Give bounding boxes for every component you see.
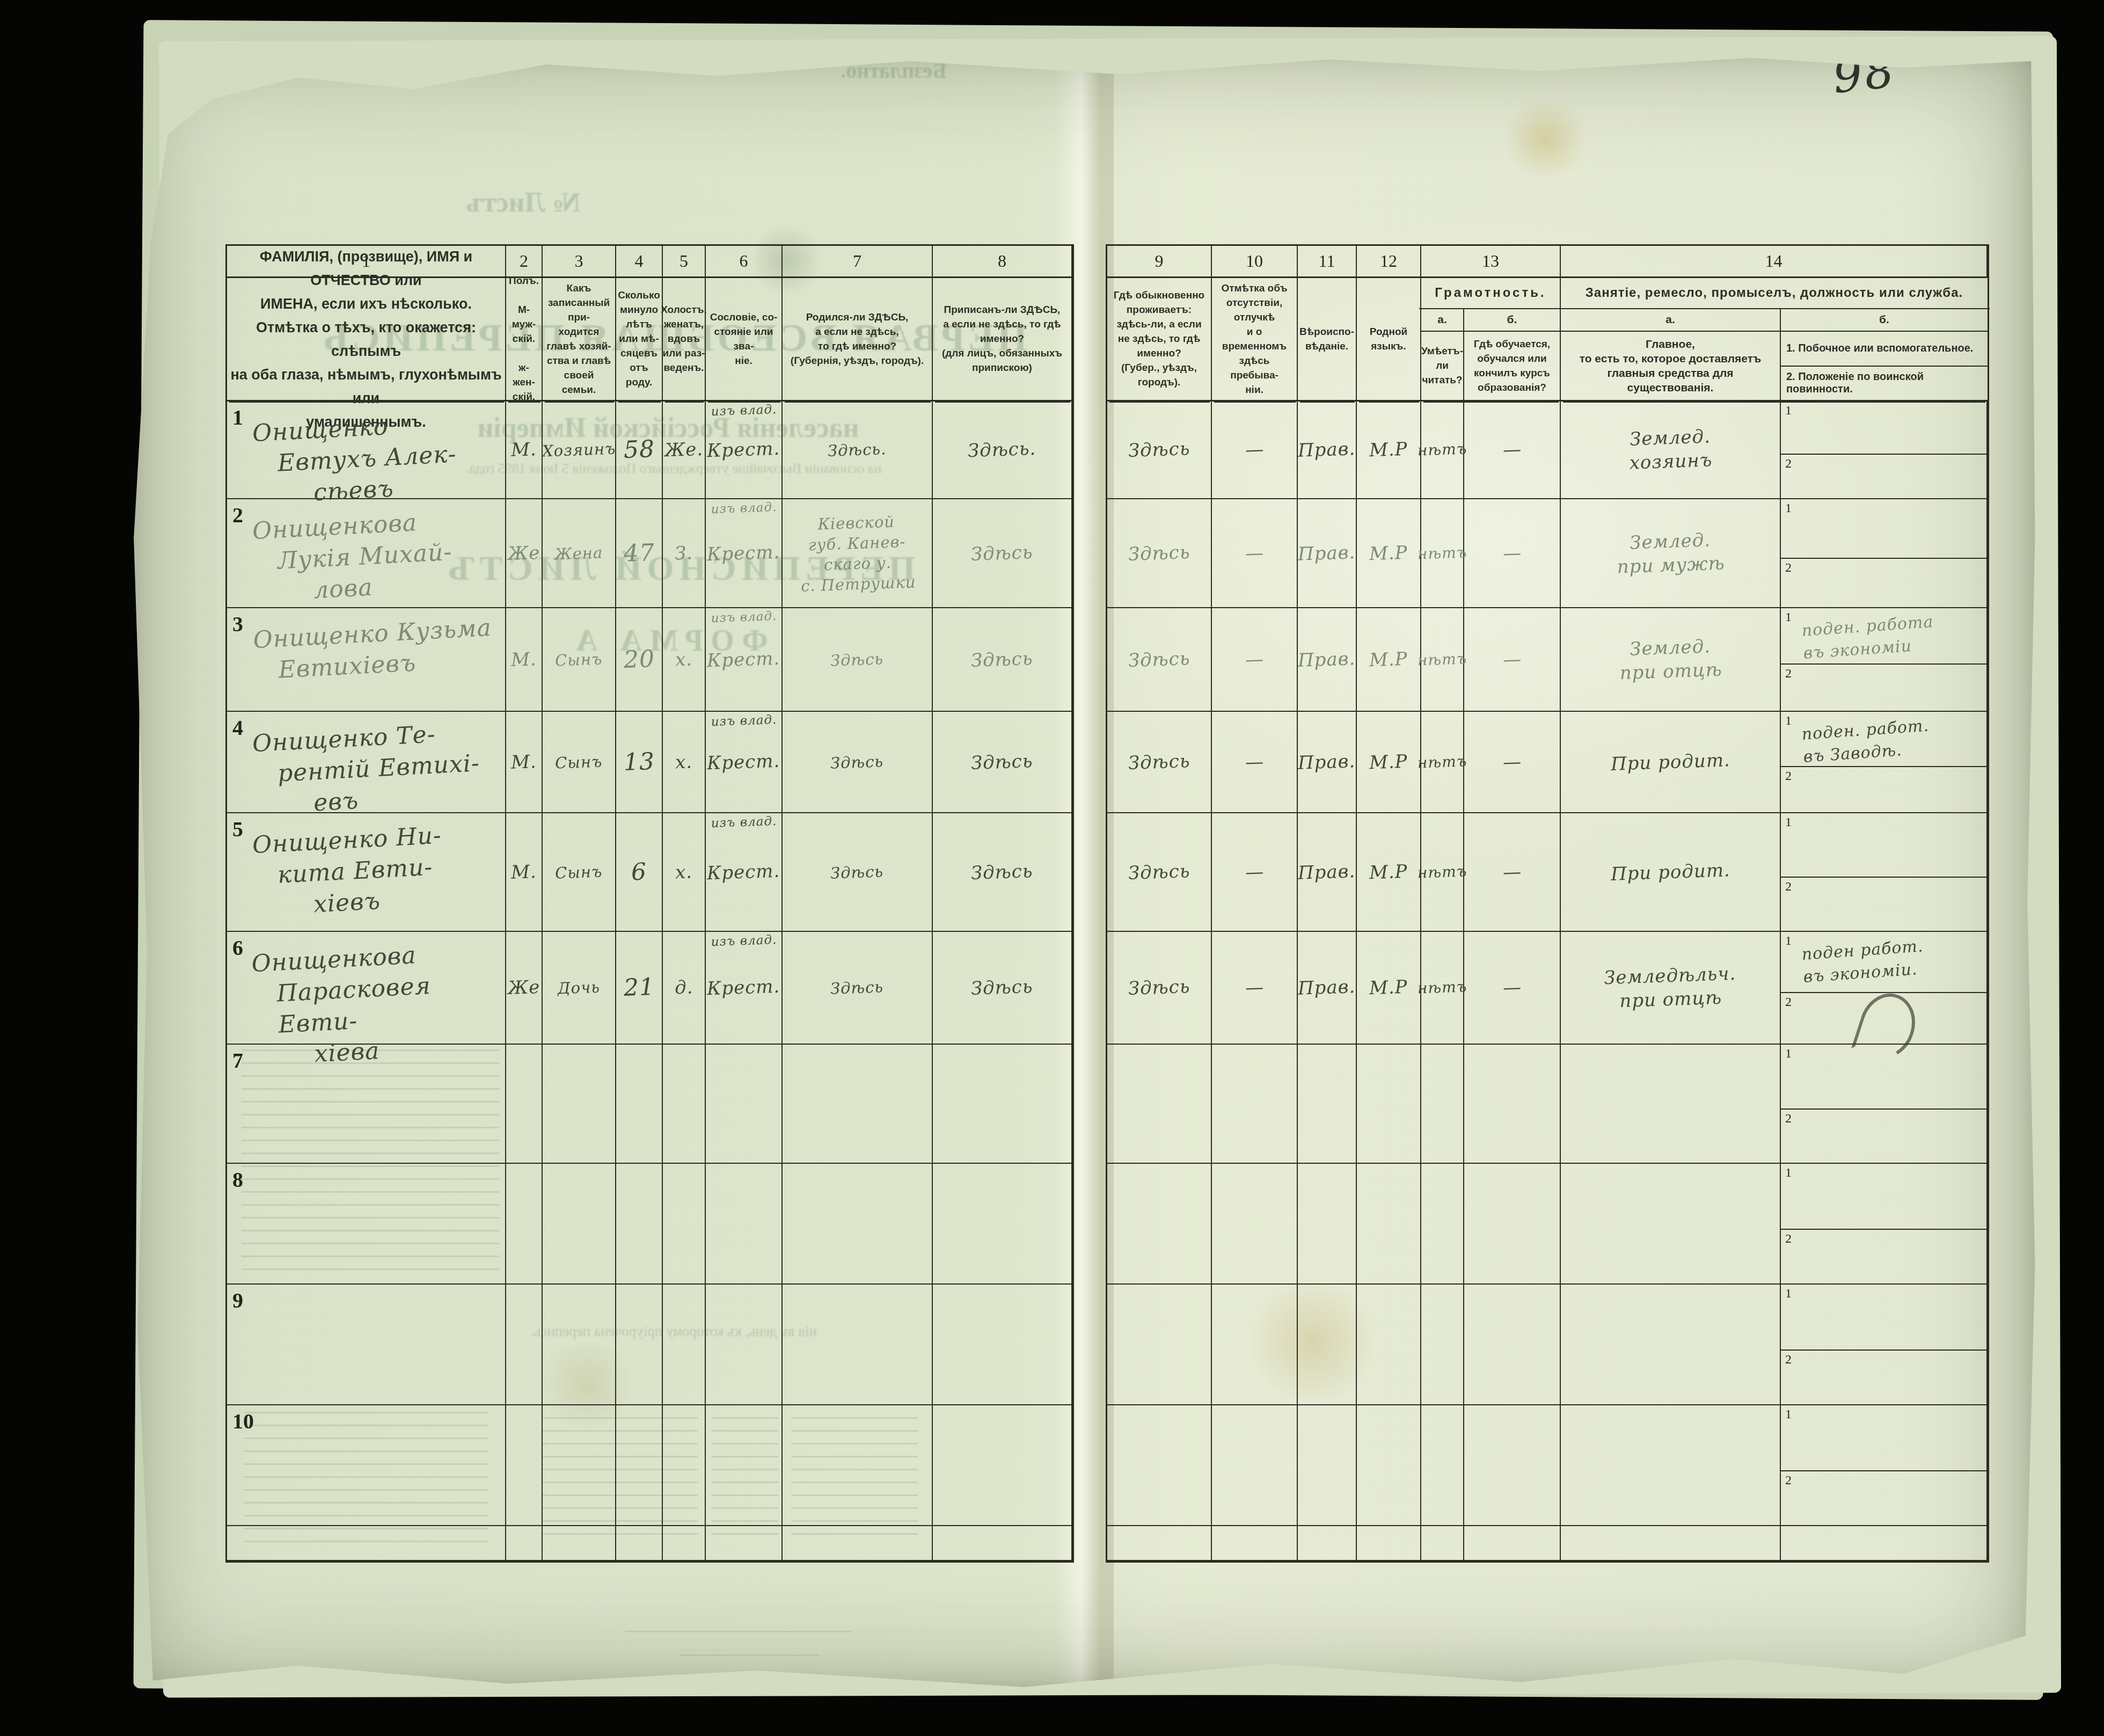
occupation-main-label: Главное, то есть то, которое доставляетъ… <box>1561 332 1780 400</box>
absence-cell: — <box>1212 712 1298 813</box>
occupation-main-cell <box>1561 1045 1781 1164</box>
occupation-side-cell: 12 <box>1781 402 1988 499</box>
estate-cell <box>706 1045 783 1164</box>
residence-cell: Здѣсь <box>1107 932 1212 1045</box>
age-cell: 58 <box>616 402 663 499</box>
age-cell <box>616 1405 663 1526</box>
person-row: 9 <box>227 1285 506 1405</box>
registered-cell <box>933 1405 1072 1526</box>
column-number: 5 <box>663 246 706 278</box>
column-number: 11 <box>1298 246 1357 278</box>
education-cell <box>1464 1405 1561 1526</box>
estate-cell: изъ влад.Крест. <box>706 932 783 1045</box>
language-cell <box>1357 1285 1421 1405</box>
person-name: Онищенко Ни-кита Евти-хіевъ <box>252 817 505 923</box>
residence-cell: Здѣсь <box>1107 813 1212 932</box>
person-row: 7 <box>227 1045 506 1164</box>
education-cell <box>1464 1164 1561 1285</box>
residence-cell <box>1107 1164 1212 1285</box>
occupation-side-cell: 12 <box>1781 1405 1988 1526</box>
marital-cell <box>663 1405 706 1526</box>
residence-cell: Здѣсь <box>1107 712 1212 813</box>
bottom-strip-cell <box>1357 1526 1421 1561</box>
occupation-main-cell: Землед.при отцѣ <box>1561 608 1781 712</box>
literacy-cell: нѣтъ <box>1421 608 1464 712</box>
registered-cell: Здѣсь <box>933 932 1072 1045</box>
column-number: 6 <box>706 246 783 278</box>
literacy-cell: нѣтъ <box>1421 402 1464 499</box>
column-header-religion: Вѣроиспо- вѣданіе. <box>1298 278 1357 402</box>
estate-cell <box>706 1405 783 1526</box>
registered-cell: Здѣсь <box>933 499 1072 608</box>
age-cell <box>616 1164 663 1285</box>
estate-cell: изъ влад.Крест. <box>706 499 783 608</box>
absence-cell: — <box>1212 499 1298 608</box>
column-header-occupation: Занятіе, ремесло, промыселъ, должность и… <box>1561 278 1988 402</box>
person-row: 8 <box>227 1164 506 1285</box>
registered-cell: Здѣсь <box>933 813 1072 932</box>
column-header-language: Родной языкъ. <box>1357 278 1421 402</box>
language-cell: М.Р <box>1357 499 1421 608</box>
occupation-side-cell: 1поден. работ.въ Заводѣ.2 <box>1781 712 1988 813</box>
occupation-side-cell: 12 <box>1781 1285 1988 1405</box>
absence-cell <box>1212 1164 1298 1285</box>
residence-cell <box>1107 1405 1212 1526</box>
relation-cell: Хозяинъ <box>543 402 616 499</box>
religion-cell <box>1298 1405 1357 1526</box>
estate-cell <box>706 1164 783 1285</box>
birthplace-cell: Здѣсь <box>783 813 933 932</box>
birthplace-cell: Здѣсь <box>783 932 933 1045</box>
column-number: 4 <box>616 246 663 278</box>
column-header-absence: Отмѣтка объ отсутствіи, отлучкѣ и о врем… <box>1212 278 1298 402</box>
religion-cell <box>1298 1045 1357 1164</box>
sex-cell <box>506 1045 543 1164</box>
census-sheet: № Листъ Безплатно. ПЕРВАЯ ВСЕОБЩАЯ ПЕРЕП… <box>126 43 2037 1694</box>
column-number: 7 <box>783 246 933 278</box>
column-number: 13 <box>1421 246 1561 278</box>
person-row: 5Онищенко Ни-кита Евти-хіевъ <box>227 813 506 932</box>
occupation-military-label: 2. Положеніе по воинской повинности. <box>1781 367 1988 400</box>
column-header-residence: Гдѣ обыкновенно проживаетъ: здѣсь-ли, а … <box>1107 278 1212 402</box>
sex-cell: М. <box>506 712 543 813</box>
bottom-strip-cell <box>543 1526 616 1561</box>
birthplace-cell <box>783 1164 933 1285</box>
person-row: 6ОнищенковаПарасковея Евти-хіева <box>227 932 506 1045</box>
column-header-marital: Холостъ, женатъ, вдовъ или раз- веденъ. <box>663 278 706 402</box>
column-number: 8 <box>933 246 1072 278</box>
education-cell: — <box>1464 608 1561 712</box>
occupation-main-cell: При родит. <box>1561 712 1781 813</box>
literacy-cell: нѣтъ <box>1421 499 1464 608</box>
occupation-side-cell: 12 <box>1781 1045 1988 1164</box>
person-row: 4Онищенко Те-рентій Евтихі-евъ <box>227 712 506 813</box>
occupation-main-cell: При родит. <box>1561 813 1781 932</box>
education-cell: — <box>1464 402 1561 499</box>
marital-cell: Же. <box>663 402 706 499</box>
bottom-strip-cell <box>506 1526 543 1561</box>
column-number: 2 <box>506 246 543 278</box>
relation-cell: Жена <box>543 499 616 608</box>
literacy-sub-b-label: Гдѣ обучается, обучался или кончилъ курс… <box>1464 332 1560 400</box>
religion-cell: Прав. <box>1298 499 1357 608</box>
occupation-group-title: Занятіе, ремесло, промыселъ, должность и… <box>1559 278 1990 309</box>
paper-stain <box>1500 102 1591 177</box>
occupation-main-cell: Землед.хозяинъ <box>1561 402 1781 499</box>
column-number: 14 <box>1561 246 1988 278</box>
language-cell: М.Р <box>1357 712 1421 813</box>
absence-cell: — <box>1212 608 1298 712</box>
literacy-cell <box>1421 1164 1464 1285</box>
relation-cell <box>543 1405 616 1526</box>
row-number: 2 <box>232 503 243 527</box>
residence-cell: Здѣсь <box>1107 402 1212 499</box>
occupation-side-cell: 12 <box>1781 813 1988 932</box>
absence-cell <box>1212 1405 1298 1526</box>
column-header-age: Сколько минуло лѣтъ или мѣ- сяцевъ отъ р… <box>616 278 663 402</box>
age-cell: 6 <box>616 813 663 932</box>
absence-cell: — <box>1212 402 1298 499</box>
religion-cell: Прав. <box>1298 608 1357 712</box>
bottom-strip-cell <box>227 1526 506 1561</box>
column-header-name: ФАМИЛІЯ, (прозвище), ИМЯ и ОТЧЕСТВО или … <box>227 278 506 402</box>
person-name <box>254 1288 502 1301</box>
relation-cell: Сынъ <box>543 608 616 712</box>
absence-cell: — <box>1212 932 1298 1045</box>
birthplace-cell: Здѣсь <box>783 608 933 712</box>
education-cell: — <box>1464 813 1561 932</box>
row-number: 6 <box>232 936 243 960</box>
religion-cell: Прав. <box>1298 402 1357 499</box>
person-row: 3Онищенко КузьмаЕвтихіевъ <box>227 608 506 712</box>
sex-cell <box>506 1285 543 1405</box>
literacy-sub-a-label: Умѣетъ- ли читать? <box>1421 332 1463 400</box>
bottom-strip-cell <box>1561 1526 1781 1561</box>
bottom-strip-cell <box>706 1526 783 1561</box>
sex-cell: Же <box>506 499 543 608</box>
religion-cell: Прав. <box>1298 813 1357 932</box>
occupation-side-label: 1. Побочное или вспомогательное. <box>1781 332 1988 367</box>
column-header-birthplace: Родился-ли ЗДѢСЬ, а если не здѣсь, то гд… <box>783 278 933 402</box>
literacy-cell: нѣтъ <box>1421 932 1464 1045</box>
age-cell: 13 <box>616 712 663 813</box>
registered-cell: Здѣсь. <box>933 402 1072 499</box>
bottom-strip-cell <box>1107 1526 1212 1561</box>
literacy-cell <box>1421 1045 1464 1164</box>
absence-cell <box>1212 1285 1298 1405</box>
marital-cell: х. <box>663 712 706 813</box>
row-number: 3 <box>232 612 243 636</box>
relation-cell: Сынъ <box>543 712 616 813</box>
registered-cell <box>933 1045 1072 1164</box>
literacy-cell <box>1421 1285 1464 1405</box>
age-cell <box>616 1045 663 1164</box>
person-name <box>254 1409 502 1422</box>
person-name <box>254 1048 502 1061</box>
birthplace-cell: Здѣсь. <box>783 402 933 499</box>
bottom-strip-cell <box>1212 1526 1298 1561</box>
age-cell: 20 <box>616 608 663 712</box>
person-row: 2ОнищенковаЛукія Михай-лова <box>227 499 506 608</box>
estate-cell <box>706 1285 783 1405</box>
person-name: Онищенко КузьмаЕвтихіевъ <box>252 612 504 687</box>
relation-cell <box>543 1164 616 1285</box>
column-header-registration: Приписанъ-ли ЗДѢСЬ, а если не здѣсь, то … <box>933 278 1072 402</box>
marital-cell <box>663 1164 706 1285</box>
column-header-literacy: Грамотность. а. Умѣетъ- ли читать? б. Гд… <box>1421 278 1561 402</box>
bottom-strip-cell <box>1421 1526 1464 1561</box>
birthplace-cell: Здѣсь <box>783 712 933 813</box>
literacy-group-title: Грамотность. <box>1419 278 1562 309</box>
education-cell <box>1464 1045 1561 1164</box>
language-cell: М.Р <box>1357 608 1421 712</box>
occupation-main-cell <box>1561 1285 1781 1405</box>
residence-cell: Здѣсь <box>1107 608 1212 712</box>
person-name: ОнищенковаЛукія Михай-лова <box>252 503 505 609</box>
birthplace-cell: Кіевскойгуб. Канев-скаго у.с. Петрушки <box>783 499 933 608</box>
absence-cell: — <box>1212 813 1298 932</box>
row-number: 4 <box>232 716 243 740</box>
bottom-strip-cell <box>1464 1526 1561 1561</box>
religion-cell: Прав. <box>1298 932 1357 1045</box>
column-header-relation: Какъ записанный при- ходится главѣ хозяй… <box>543 278 616 402</box>
religion-cell <box>1298 1285 1357 1405</box>
occupation-main-cell: Земледѣльч.при отцѣ <box>1561 932 1781 1045</box>
registered-cell <box>933 1164 1072 1285</box>
marital-cell: З. <box>663 499 706 608</box>
estate-cell: изъ влад.Крест. <box>706 402 783 499</box>
language-cell: М.Р <box>1357 813 1421 932</box>
relation-cell: Дочь <box>543 932 616 1045</box>
marital-cell: х. <box>663 608 706 712</box>
left-table: 1 2 3 4 5 6 7 8 ФАМИЛІЯ, (прозвище), ИМЯ… <box>225 244 1074 1563</box>
literacy-cell: нѣтъ <box>1421 813 1464 932</box>
literacy-sub-a-letter: а. <box>1421 309 1463 332</box>
occupation-side-cell: 12 <box>1781 1164 1988 1285</box>
bleed-footer-line <box>625 1631 851 1640</box>
row-number: 10 <box>232 1409 254 1433</box>
sex-cell: Же <box>506 932 543 1045</box>
person-name: Онищенко Те-рентій Евтихі-евъ <box>252 716 505 822</box>
bottom-strip-cell <box>783 1526 933 1561</box>
age-cell <box>616 1285 663 1405</box>
sex-cell: М. <box>506 608 543 712</box>
occupation-main-cell: Землед.при мужѣ <box>1561 499 1781 608</box>
age-cell: 21 <box>616 932 663 1045</box>
registered-cell: Здѣсь <box>933 712 1072 813</box>
occupation-side-cell: 1поден. работавъ экономіи2 <box>1781 608 1988 712</box>
bottom-strip-cell <box>663 1526 706 1561</box>
row-number: 7 <box>232 1048 243 1073</box>
marital-cell <box>663 1285 706 1405</box>
row-number: 1 <box>232 405 243 429</box>
bleed-footer-line <box>679 1654 819 1660</box>
language-cell <box>1357 1164 1421 1285</box>
literacy-cell: нѣтъ <box>1421 712 1464 813</box>
sex-cell <box>506 1164 543 1285</box>
language-cell <box>1357 1045 1421 1164</box>
residence-cell <box>1107 1045 1212 1164</box>
age-cell: 47 <box>616 499 663 608</box>
literacy-sub-b-letter: б. <box>1464 309 1560 332</box>
language-cell <box>1357 1405 1421 1526</box>
scanner-background: № Листъ Безплатно. ПЕРВАЯ ВСЕОБЩАЯ ПЕРЕП… <box>0 0 2104 1736</box>
bottom-strip-cell <box>1781 1526 1988 1561</box>
estate-cell: изъ влад.Крест. <box>706 608 783 712</box>
residence-cell: Здѣсь <box>1107 499 1212 608</box>
bleed-sheet-number-label: № Листъ <box>416 187 631 218</box>
estate-cell: изъ влад.Крест. <box>706 712 783 813</box>
row-number: 5 <box>232 817 243 841</box>
registered-cell <box>933 1285 1072 1405</box>
religion-cell: Прав. <box>1298 712 1357 813</box>
sex-cell <box>506 1405 543 1526</box>
marital-cell: д. <box>663 932 706 1045</box>
education-cell <box>1464 1285 1561 1405</box>
column-header-estate: Сословіе, со- стояніе или зва- ніе. <box>706 278 783 402</box>
absence-cell <box>1212 1045 1298 1164</box>
relation-cell <box>543 1285 616 1405</box>
birthplace-cell <box>783 1405 933 1526</box>
right-table: 9 10 11 12 13 14 Гдѣ обыкновенно прожива… <box>1106 244 1989 1563</box>
marital-cell <box>663 1045 706 1164</box>
language-cell: М.Р <box>1357 402 1421 499</box>
birthplace-cell <box>783 1285 933 1405</box>
column-number: 3 <box>543 246 616 278</box>
occupation-main-cell <box>1561 1164 1781 1285</box>
education-cell: — <box>1464 932 1561 1045</box>
bottom-strip-cell <box>1298 1526 1357 1561</box>
sex-cell: М. <box>506 402 543 499</box>
person-name: ОнищенкоЕвтухъ Алек-сѣевъ <box>252 405 505 512</box>
occupation-main-cell <box>1561 1405 1781 1526</box>
residence-cell <box>1107 1285 1212 1405</box>
relation-cell: Сынъ <box>543 813 616 932</box>
religion-cell <box>1298 1164 1357 1285</box>
occupation-sub-a-letter: а. <box>1561 309 1780 332</box>
row-number: 8 <box>232 1168 243 1192</box>
person-row: 1ОнищенкоЕвтухъ Алек-сѣевъ <box>227 402 506 499</box>
row-number: 9 <box>232 1288 243 1312</box>
occupation-side-cell: 12 <box>1781 499 1988 608</box>
education-cell: — <box>1464 712 1561 813</box>
occupation-sub-b-letter: б. <box>1781 309 1988 332</box>
person-row: 10 <box>227 1405 506 1526</box>
column-number: 9 <box>1107 246 1212 278</box>
column-number: 10 <box>1212 246 1298 278</box>
registered-cell: Здѣсь <box>933 608 1072 712</box>
marital-cell: х. <box>663 813 706 932</box>
language-cell: М.Р <box>1357 932 1421 1045</box>
education-cell: — <box>1464 499 1561 608</box>
bottom-strip-cell <box>616 1526 663 1561</box>
bottom-strip-cell <box>933 1526 1072 1561</box>
literacy-cell <box>1421 1405 1464 1526</box>
sex-cell: М. <box>506 813 543 932</box>
column-number: 12 <box>1357 246 1421 278</box>
birthplace-cell <box>783 1045 933 1164</box>
relation-cell <box>543 1045 616 1164</box>
estate-cell: изъ влад.Крест. <box>706 813 783 932</box>
column-header-sex: Полъ. М-муж- скій. ж-жен- скій. <box>506 278 543 402</box>
person-name <box>254 1168 502 1180</box>
